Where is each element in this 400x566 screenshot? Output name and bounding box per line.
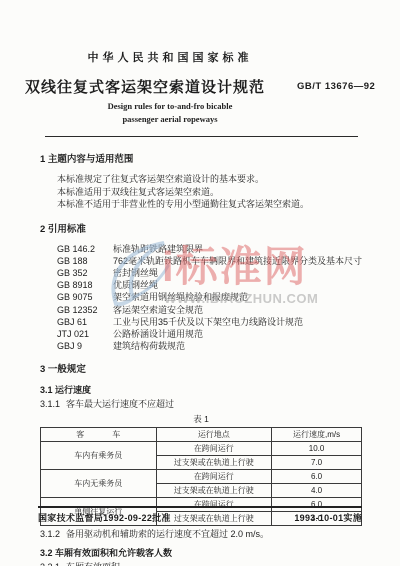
clause-3-1-heading: 3.1 运行速度	[40, 383, 362, 396]
section-3-heading: 3 一般规定	[40, 361, 362, 375]
table-header-row: 客 车 运行地点 运行速度,m/s	[41, 428, 362, 442]
clause-text: 车厢有效面积	[66, 562, 120, 566]
table-cell-speed: 10.0	[272, 442, 362, 456]
reference-title: 客运架空索道安全规范	[113, 305, 203, 315]
document-title-chinese: 双线往复式客运架空索道设计规范	[0, 76, 290, 97]
reference-item: GB 8918优质钢丝绳	[57, 279, 362, 291]
table-row: 车内有乘务员 在跨间运行 10.0	[41, 442, 362, 456]
reference-title: 762毫米轨距铁路机车车辆限界和建筑接近限界分类及基本尺寸	[113, 256, 362, 266]
reference-item: GBJ 61工业与民用35千伏及以下架空电力线路设计规范	[57, 316, 362, 328]
table-group-label: 车内有乘务员	[41, 442, 157, 470]
document-title-english-line1: Design rules for to-and-fro bicable	[0, 101, 340, 111]
table-header-location: 运行地点	[156, 428, 272, 442]
table-row: 车内无乘务员 在跨间运行 6.0	[41, 470, 362, 484]
table-cell-speed: 7.0	[272, 456, 362, 470]
section-1-paragraph: 本标准规定了往复式客运架空索道设计的基本要求。	[40, 173, 362, 186]
table-cell-location: 在跨间运行	[156, 442, 272, 456]
reference-title: 公路桥涵设计通用规范	[113, 329, 203, 339]
table-header-car: 客 车	[41, 428, 157, 442]
table-cell-speed: 6.0	[272, 470, 362, 484]
reference-code: GB 9075	[57, 291, 107, 303]
reference-item: GB 188762毫米轨距铁路机车车辆限界和建筑接近限界分类及基本尺寸	[57, 255, 362, 267]
reference-item: GB 9075架空索道用钢丝绳检验和报废规范	[57, 291, 362, 303]
referenced-standards-list: GB 146.2标准轨距铁路建筑限界 GB 188762毫米轨距铁路机车车辆限界…	[40, 243, 362, 353]
clause-3-2-heading: 3.2 车厢有效面积和允许载客人数	[40, 546, 362, 559]
table-cell-location: 过支架或在轨道上行驶	[156, 456, 272, 470]
document-title-english-line2: passenger aerial ropeways	[0, 114, 340, 124]
standard-document-page: 中华人民共和国国家标准 双线往复式客运架空索道设计规范 GB/T 13676—9…	[0, 0, 400, 566]
clause-number: 3.2.1	[40, 562, 60, 566]
reference-title: 架空索道用钢丝绳检验和报废规范	[113, 292, 248, 302]
table-cell-speed: 4.0	[272, 484, 362, 498]
table-cell-speed: 6.0	[272, 498, 362, 512]
table-cell-location: 过支架或在轨道上行驶	[156, 512, 272, 526]
reference-code: GBJ 9	[57, 340, 107, 352]
reference-code: JTJ 021	[57, 328, 107, 340]
clause-3-1-2: 3.1.2备用驱动机和辅助索的运行速度不宜超过 2.0 m/s。	[40, 528, 362, 540]
clause-3-1-1: 3.1.1客车最大运行速度不应超过	[40, 398, 362, 410]
clause-3-2-1: 3.2.1车厢有效面积	[40, 561, 362, 566]
reference-code: GB 8918	[57, 279, 107, 291]
clause-text: 备用驱动机和辅助索的运行速度不宜超过 2.0 m/s。	[66, 529, 269, 539]
header-divider	[45, 136, 358, 137]
reference-title: 工业与民用35千伏及以下架空电力线路设计规范	[113, 317, 303, 327]
section-1-heading: 1 主题内容与适用范围	[40, 151, 362, 165]
reference-code: GB 188	[57, 255, 107, 267]
reference-title: 标准轨距铁路建筑限界	[113, 244, 203, 254]
national-standard-header: 中华人民共和国国家标准	[0, 49, 340, 65]
clause-number: 3.1.1	[40, 399, 60, 409]
table-cell-location: 过支架或在轨道上行驶	[156, 484, 272, 498]
section-1-paragraph: 本标准不适用于非营业性的专用小型通勤往复式客运架空索道。	[40, 198, 362, 211]
reference-code: GB 12352	[57, 304, 107, 316]
reference-title: 密封钢丝绳	[113, 268, 158, 278]
table-group-label: 车内无乘务员	[41, 470, 157, 498]
section-1-paragraph: 本标准适用于双线往复式客运架空索道。	[40, 186, 362, 199]
clause-text: 客车最大运行速度不应超过	[66, 399, 174, 409]
approval-authority-date: 国家技术监督局1992-09-22批准	[38, 511, 171, 524]
clause-number: 3.1.2	[40, 529, 60, 539]
reference-code: GBJ 61	[57, 316, 107, 328]
document-body: 1 主题内容与适用范围 本标准规定了往复式客运架空索道设计的基本要求。 本标准适…	[40, 151, 362, 566]
implementation-date: 1993-10-01实施	[294, 511, 362, 524]
reference-title: 建筑结构荷载规范	[113, 341, 185, 351]
table-header-speed: 运行速度,m/s	[272, 428, 362, 442]
reference-code: GB 146.2	[57, 243, 107, 255]
reference-item: GB 146.2标准轨距铁路建筑限界	[57, 243, 362, 255]
reference-item: GB 352密封钢丝绳	[57, 267, 362, 279]
section-2-heading: 2 引用标准	[40, 221, 362, 235]
standard-number: GB/T 13676—92	[297, 81, 375, 92]
footer-divider	[38, 506, 362, 508]
reference-item: GB 12352客运架空索道安全规范	[57, 304, 362, 316]
table-cell-location: 在跨间运行	[156, 498, 272, 512]
reference-title: 优质钢丝绳	[113, 280, 158, 290]
reference-item: GBJ 9建筑结构荷载规范	[57, 340, 362, 352]
reference-code: GB 352	[57, 267, 107, 279]
table-cell-location: 在跨间运行	[156, 470, 272, 484]
reference-item: JTJ 021公路桥涵设计通用规范	[57, 328, 362, 340]
table-row: 单侧往复运行 在跨间运行 6.0	[41, 498, 362, 512]
table-1-caption: 表 1	[40, 413, 362, 425]
